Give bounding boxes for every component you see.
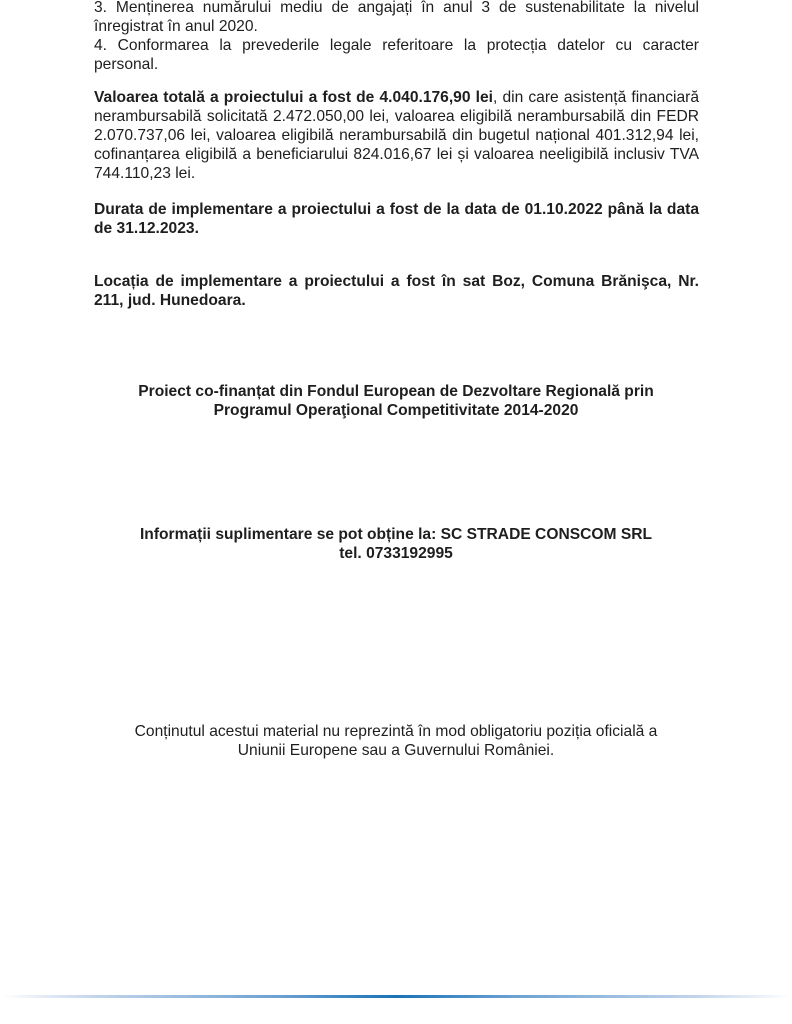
implementation-location: Locația de implementare a proiectului a … xyxy=(94,272,699,310)
objective-item-3: 3. Menținerea numărului mediu de angajaț… xyxy=(94,0,699,36)
project-value-paragraph: Valoarea totală a proiectului a fost de … xyxy=(94,88,699,183)
disclaimer-line-1: Conținutul acestui material nu reprezint… xyxy=(110,722,682,741)
contact-info: Informații suplimentare se pot obține la… xyxy=(110,525,682,563)
objective-item-4: 4. Conformarea la prevederile legale ref… xyxy=(94,36,699,74)
contact-company: Informații suplimentare se pot obține la… xyxy=(110,525,682,544)
disclaimer-line-2: Uniunii Europene sau a Guvernului Români… xyxy=(110,741,682,760)
project-total-value: Valoarea totală a proiectului a fost de … xyxy=(94,89,493,106)
cofinance-line-2: Programul Operaţional Competitivitate 20… xyxy=(110,401,682,420)
footer-divider xyxy=(2,995,790,998)
cofinance-statement: Proiect co-finanțat din Fondul European … xyxy=(110,382,682,420)
objectives-list: 3. Menținerea numărului mediu de angajaț… xyxy=(94,0,699,74)
cofinance-line-1: Proiect co-finanțat din Fondul European … xyxy=(110,382,682,401)
contact-phone: tel. 0733192995 xyxy=(110,544,682,563)
disclaimer: Conținutul acestui material nu reprezint… xyxy=(110,722,682,760)
implementation-duration: Durata de implementare a proiectului a f… xyxy=(94,200,699,238)
